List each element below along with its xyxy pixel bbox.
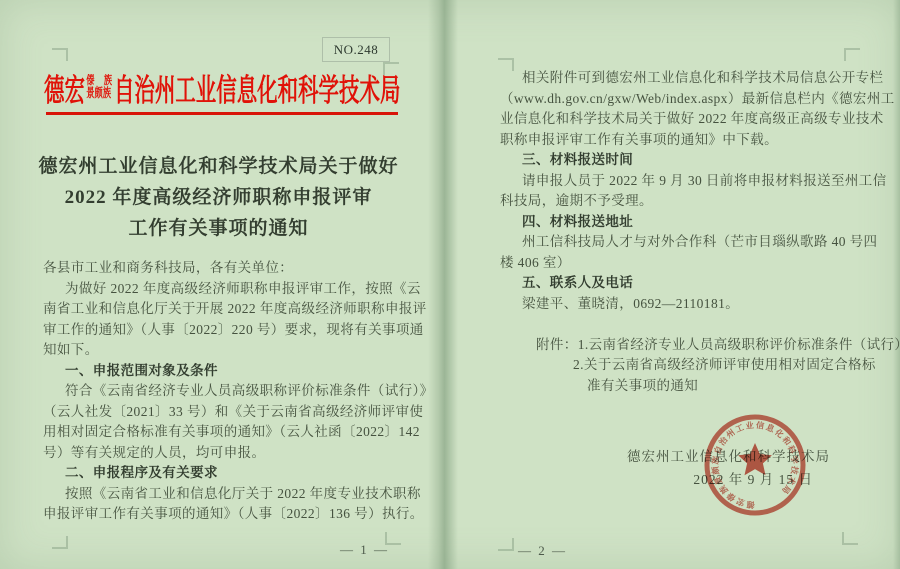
crop-mark [52, 48, 68, 61]
letterhead-ethnic-names: 傣族 景颇族 [86, 74, 112, 100]
contact-line: 梁建平、董晓清，0692—2110181。 [522, 294, 896, 315]
body-line: 号）等有关规定的人员，均可申报。 [43, 443, 423, 464]
document-title: 德宏州工业信息化和科学技术局关于做好 2022 年度高级经济师职称申报评审 工作… [0, 151, 437, 244]
body-line: 楼 406 室） [500, 253, 896, 274]
scanned-document: NO.248 德宏 傣族 景颇族 自治州工业信息化和科学技术局 德宏州工业信息化… [0, 0, 900, 569]
crop-mark [498, 538, 514, 551]
section-heading: 五、联系人及电话 [522, 273, 896, 294]
body-line: 州工信科技局人才与对外合作科（芒市目瑙纵歌路 40 号四 [522, 232, 896, 253]
letterhead: 德宏 傣族 景颇族 自治州工业信息化和科学技术局 [44, 68, 400, 106]
crop-mark [844, 48, 860, 61]
body-line: 科技局，逾期不予受理。 [500, 191, 896, 212]
attachment-line: 2.关于云南省高级经济师评审使用相对固定合格标 [573, 355, 896, 376]
page-1: NO.248 德宏 傣族 景颇族 自治州工业信息化和科学技术局 德宏州工业信息化… [0, 0, 437, 569]
official-seal: 德宏傣族景颇族自治州工业信息化和科学技术局 [693, 403, 817, 527]
body-line: 用相对固定合格标准有关事项的通知》（云人社函〔2022〕142 [43, 422, 423, 443]
letterhead-suffix: 自治州工业信息化和科学技术局 [114, 65, 400, 110]
section-heading: 三、材料报送时间 [522, 150, 896, 171]
title-line: 2022 年度高级经济师职称申报评审 [0, 182, 437, 213]
title-line: 德宏州工业信息化和科学技术局关于做好 [0, 151, 437, 182]
body-line: （www.dh.gov.cn/gxw/Web/index.aspx）最新信息栏内… [500, 89, 896, 110]
body-line: 知如下。 [43, 340, 423, 361]
body-line: 相关附件可到德宏州工业信息化和科学技术局信息公开专栏 [522, 68, 896, 89]
blank-line [500, 314, 896, 335]
letterhead-ethnic-bottom: 景颇族 [86, 87, 112, 100]
body-line: 南省工业和信息化厅关于开展 2022 年度高级经济师职称申报评 [43, 299, 423, 320]
page-1-body: 各县市工业和商务科技局，各有关单位： 为做好 2022 年度高级经济师职称申报评… [43, 258, 423, 525]
body-line: 请申报人员于 2022 年 9 月 30 日前将申报材料报送至州工信 [522, 171, 896, 192]
doc-number: NO.248 [334, 42, 379, 58]
body-line: （云人社发〔2021〕33 号）和《关于云南省高级经济师评审使 [43, 402, 423, 423]
page-number: — 1 — [340, 542, 389, 558]
crop-mark [842, 532, 858, 545]
body-line: 业信息化和科学技术局关于做好 2022 年度高级正高级专业技术 [500, 109, 896, 130]
section-heading: 一、申报范围对象及条件 [65, 361, 423, 382]
attachment-line: 准有关事项的通知 [587, 376, 896, 397]
section-heading: 二、申报程序及有关要求 [65, 463, 423, 484]
body-line: 按照《云南省工业和信息化厅关于 2022 年度专业技术职称 [65, 484, 423, 505]
letterhead-rule [46, 112, 398, 115]
attachment-line: 附件：1.云南省经济专业人员高级职称评价标准条件（试行） [536, 335, 896, 356]
doc-number-box: NO.248 [322, 37, 390, 62]
body-line: 为做好 2022 年度高级经济师职称申报评审工作，按照《云 [65, 279, 423, 300]
crop-mark [52, 536, 68, 549]
page-number: — 2 — [518, 543, 567, 559]
letterhead-prefix: 德宏 [44, 65, 85, 110]
section-heading: 四、材料报送地址 [522, 212, 896, 233]
seal-star-icon [738, 443, 772, 475]
title-line: 工作有关事项的通知 [0, 213, 437, 244]
body-line: 各县市工业和商务科技局，各有关单位： [43, 258, 423, 279]
body-line: 符合《云南省经济专业人员高级职称评价标准条件（试行）》 [65, 381, 423, 402]
body-line: 职称申报评审工作有关事项的通知》中下载。 [500, 130, 896, 151]
body-line: 审工作的通知》（人事〔2022〕220 号）要求，现将有关事项通 [43, 320, 423, 341]
page-2: 相关附件可到德宏州工业信息化和科学技术局信息公开专栏 （www.dh.gov.c… [452, 0, 900, 569]
body-line: 申报评审工作有关事项的通知》（人事〔2022〕136 号）执行。 [43, 504, 423, 525]
page-2-body: 相关附件可到德宏州工业信息化和科学技术局信息公开专栏 （www.dh.gov.c… [500, 68, 896, 396]
